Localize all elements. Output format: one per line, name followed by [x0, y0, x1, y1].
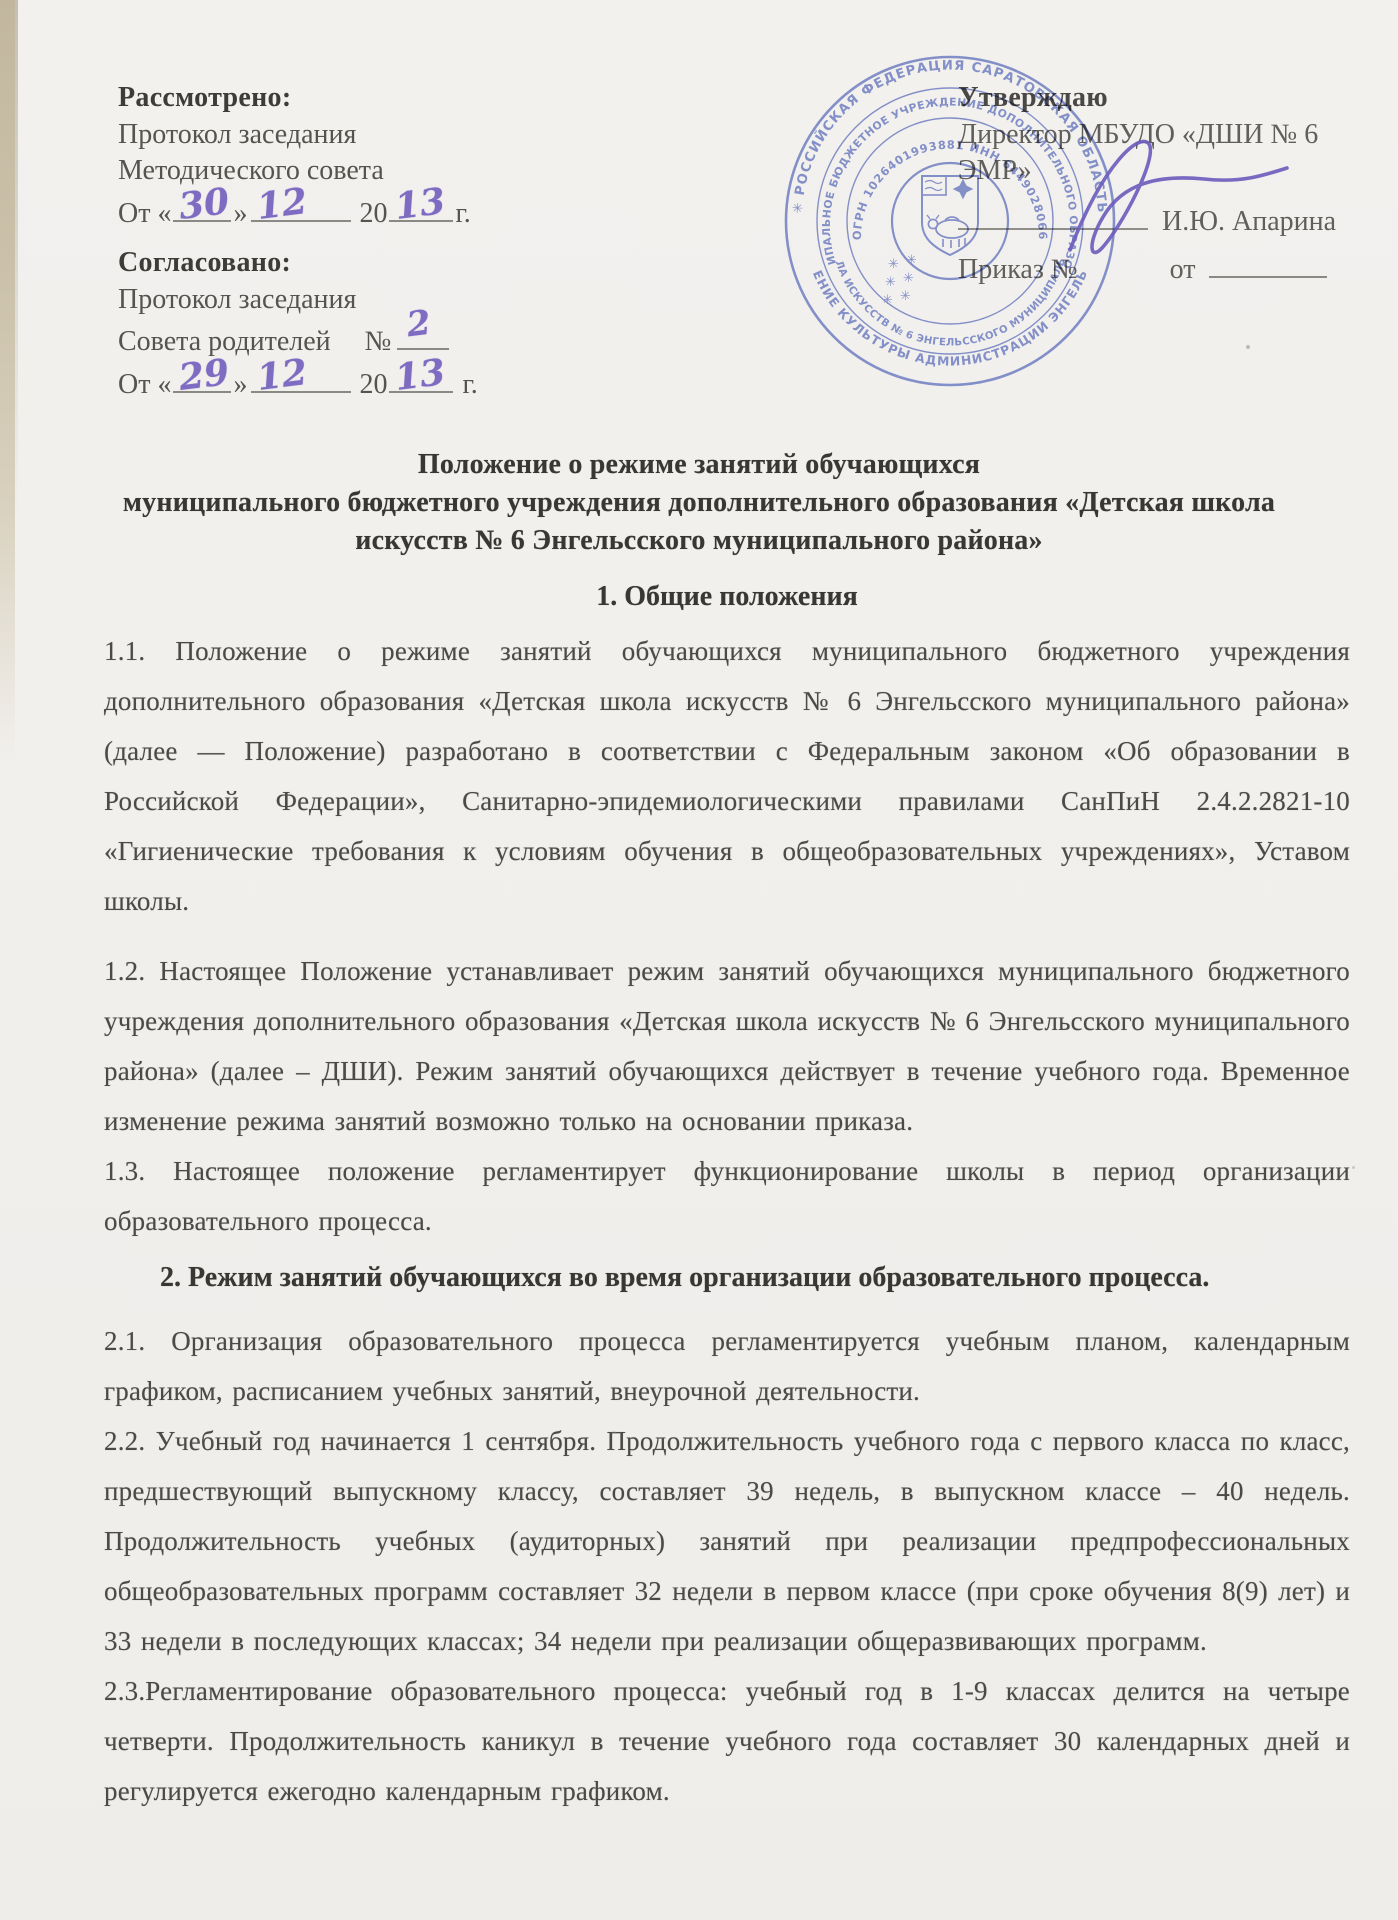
svg-text:✳: ✳: [903, 271, 914, 286]
star-icon: [954, 180, 972, 198]
handwritten-day: 29: [177, 354, 231, 396]
handwritten-year: 13: [393, 354, 447, 396]
paragraph-2-3: 2.3.Регламентирование образовательного п…: [104, 1666, 1350, 1816]
dust-speck: [612, 1431, 616, 1434]
handwritten-day: 30: [177, 183, 231, 225]
protocol-number-blank: 2: [397, 318, 449, 350]
svg-text:✳: ✳: [900, 289, 911, 304]
reviewed-block: Рассмотрено: Протокол заседания Методиче…: [118, 80, 638, 232]
reviewed-title: Рассмотрено:: [118, 80, 638, 117]
paragraph-2-2: 2.2. Учебный год начинается 1 сентября. …: [104, 1416, 1350, 1666]
date-prefix: От «: [118, 198, 171, 229]
handwritten-month: 12: [255, 354, 309, 396]
agreed-line1: Протокол заседания: [118, 282, 678, 319]
date-century: 20: [359, 369, 387, 400]
paragraph-1-3: 1.3. Настоящее положение регламентирует …: [104, 1146, 1350, 1246]
date-month-blank: 12: [251, 190, 351, 222]
title-line1: Положение о режиме занятий обучающихся: [60, 446, 1338, 484]
date-quote-close: »: [233, 198, 247, 229]
date-day-blank: 29: [173, 361, 231, 393]
handwritten-year: 13: [393, 183, 447, 225]
agreed-date-line: От «29»122013 г.: [118, 361, 678, 404]
section-1-heading: 1. Общие положения: [104, 576, 1350, 618]
svg-text:✳: ✳: [885, 275, 896, 290]
approval-header: Рассмотрено: Протокол заседания Методиче…: [0, 0, 1398, 440]
document-title: Положение о режиме занятий обучающихся м…: [60, 446, 1338, 560]
number-sign: №: [365, 326, 392, 357]
date-day-blank: 30: [173, 190, 231, 222]
handwritten-protocol-number: 2: [405, 305, 433, 344]
dust-speck: [1246, 345, 1250, 349]
document-body: 1. Общие положения 1.1. Положение о режи…: [104, 576, 1350, 1816]
scanned-document-page: Рассмотрено: Протокол заседания Методиче…: [0, 0, 1398, 1920]
coat-of-arms: [922, 176, 978, 255]
svg-text:✳: ✳: [906, 253, 917, 268]
date-year-blank: 13: [389, 190, 453, 222]
reviewed-line1: Протокол заседания: [118, 117, 638, 154]
handwritten-month: 12: [255, 183, 309, 225]
section-2-heading: 2. Режим занятий обучающихся во время ор…: [104, 1256, 1350, 1300]
svg-text:✳: ✳: [888, 257, 899, 272]
dust-speck: [906, 1021, 911, 1025]
director-signature: [1012, 128, 1312, 268]
date-suffix: г.: [462, 369, 477, 400]
date-suffix: г.: [455, 198, 470, 229]
agreed-block: Согласовано: Протокол заседания Совета р…: [118, 245, 678, 403]
agreed-title: Согласовано:: [118, 245, 678, 282]
title-line3: искусств № 6 Энгельсского муниципального…: [60, 522, 1338, 560]
paragraph-1-1: 1.1. Положение о режиме занятий обучающи…: [104, 626, 1350, 926]
date-century: 20: [359, 198, 387, 229]
reviewed-date-line: От «30»122013г.: [118, 190, 638, 233]
paragraph-2-1: 2.1. Организация образовательного процес…: [104, 1316, 1350, 1416]
date-month-blank: 12: [251, 361, 351, 393]
svg-text:✳: ✳: [882, 293, 893, 308]
date-prefix: От «: [118, 369, 171, 400]
stamp-asterisks: ✳✳ ✳✳ ✳✳: [882, 253, 917, 308]
paragraph-1-2: 1.2. Настоящее Положение устанавливает р…: [104, 946, 1350, 1146]
date-year-blank: 13: [389, 361, 453, 393]
title-line2: муниципального бюджетного учреждения доп…: [60, 484, 1338, 522]
dust-speck: [1352, 1166, 1355, 1169]
date-quote-close: »: [233, 369, 247, 400]
